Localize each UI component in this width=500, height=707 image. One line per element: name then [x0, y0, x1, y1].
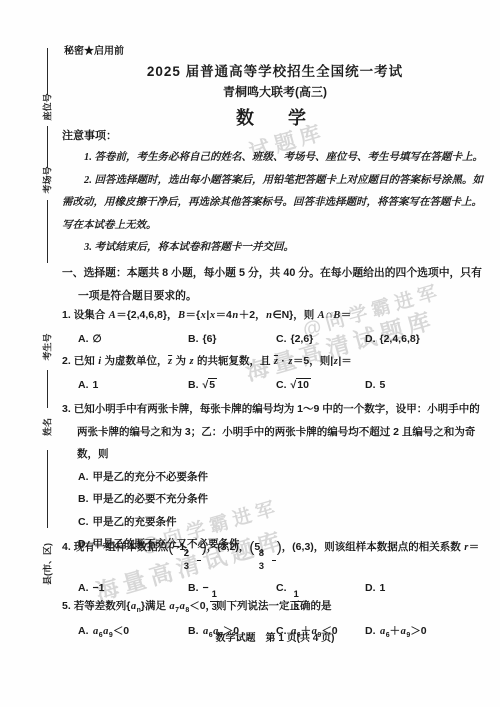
- seal-blank-line: [47, 48, 48, 95]
- sidebar-label-name: 姓名: [41, 418, 54, 436]
- notice-item-1: 1. 答卷前，考生务必将自己的姓名、班级、考场号、座位号、考生号填写在答题卡上。: [62, 147, 490, 170]
- option-item: D.5: [365, 374, 490, 397]
- notice-heading: 注意事项：: [62, 125, 490, 147]
- seal-blank-line: [47, 370, 48, 408]
- seal-blank-line: [47, 126, 48, 168]
- sidebar-label-candidate-number: 考生号: [41, 333, 54, 360]
- section-one-heading: 一、选择题：本题共 8 小题，每小题 5 分，共 40 分。在每小题给出的四个选…: [62, 262, 490, 307]
- notice-item-3: 3. 考试结束后，将本试卷和答题卡一并交回。: [62, 237, 490, 260]
- option-item: D.{2,4,6,8}: [365, 328, 490, 351]
- option-item: A.1: [78, 374, 188, 397]
- seal-blank-line: [47, 200, 48, 263]
- option-item: C.√10: [276, 374, 365, 397]
- option-item: C.甲是乙的充要条件: [78, 511, 490, 534]
- question-stem: 5.若等差数列{an}满足 a7a8＜0，则下列说法一定正确的是: [62, 596, 490, 621]
- notice-item-2: 2. 回答选择题时，选出每小题答案后，用铅笔把答题卡上对应题目的答案标号涂黑。如…: [62, 170, 490, 238]
- exam-title-line2: 青桐鸣大联考(高三): [62, 83, 488, 100]
- classification-marking: 秘密★启用前: [64, 42, 124, 57]
- question-1: 1.设集合 A＝{2,4,6,8}，B＝{x|x＝4n＋2，n∈N}，则 A∩B…: [62, 304, 490, 350]
- seal-blank-line: [47, 450, 48, 528]
- notice-block: 注意事项： 1. 答卷前，考生务必将自己的姓名、班级、考场号、座位号、考生号填写…: [62, 125, 490, 260]
- options-row: A.∅B.{6}C.{2,6}D.{2,4,6,8}: [62, 328, 490, 351]
- option-item: B.{6}: [188, 328, 276, 351]
- options-row: A.1B.√5C.√10D.5: [62, 374, 490, 397]
- question-stem: 2.已知 i 为虚数单位，z 为 z 的共轭复数，且 z · z＝5，则|z|＝: [62, 350, 490, 374]
- sidebar-label-exam-room-number: 考场号: [41, 166, 54, 193]
- sidebar-label-seat-number: 座位号: [41, 93, 54, 120]
- exam-title-line1: 2025 届普通高等学校招生全国统一考试: [62, 60, 488, 80]
- option-item: B.√5: [188, 374, 276, 397]
- exam-paper-page: 试题库@向学霸进军海量高清试题库@向学霸进军海量高清试题库 座位号 考场号 考生…: [0, 0, 500, 707]
- question-stem: 1.设集合 A＝{2,4,6,8}，B＝{x|x＝4n＋2，n∈N}，则 A∩B…: [62, 304, 490, 328]
- question-2: 2.已知 i 为虚数单位，z 为 z 的共轭复数，且 z · z＝5，则|z|＝…: [62, 350, 490, 396]
- option-item: A.甲是乙的充分不必要条件: [78, 466, 490, 489]
- option-item: C.{2,6}: [276, 328, 365, 351]
- question-stem: 4.现有一组样本数据点(−1，23)，(3,2)，(5，83)，(6,3)，则该…: [62, 532, 490, 573]
- option-item: A.∅: [78, 328, 188, 351]
- page-footer: 数学试题 第 1 页(共 4 页): [62, 629, 488, 644]
- option-item: B.甲是乙的必要不充分条件: [78, 488, 490, 511]
- sidebar-label-county: 县(市、区): [41, 543, 54, 585]
- question-stem: 3.已知小明手中有两张卡牌，每张卡牌的编号均为 1～9 中的一个数字，设甲：小明…: [62, 398, 490, 466]
